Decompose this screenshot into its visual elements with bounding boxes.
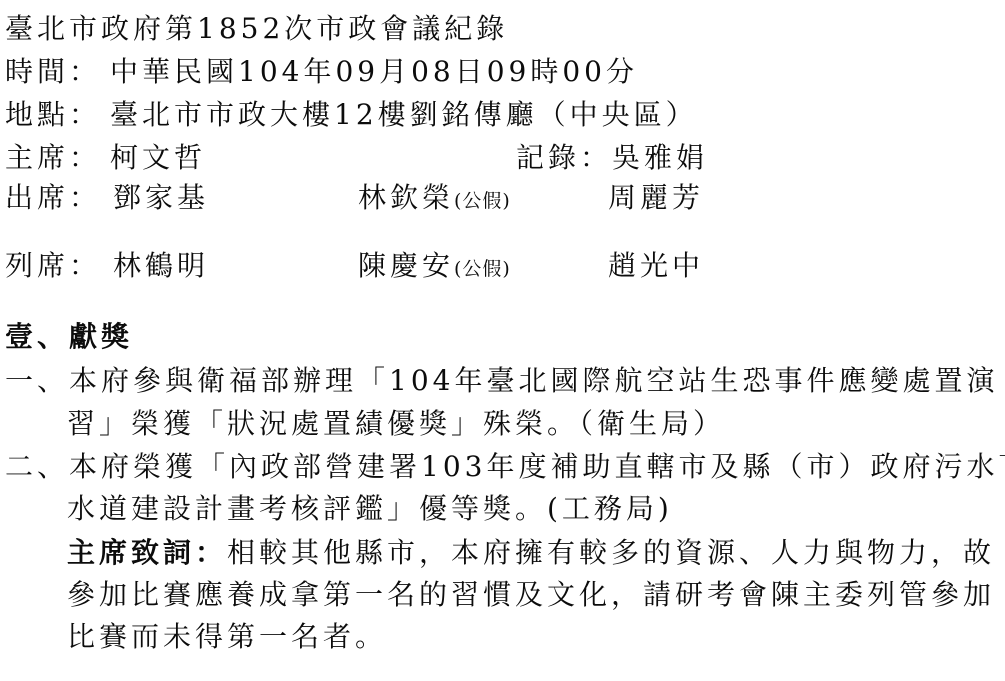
- attendees-label: 出席：: [5, 180, 101, 216]
- place-value: 臺北市市政大樓12樓劉銘傳廳（中央區）: [110, 97, 698, 133]
- document-title: 臺北市政府第1852次市政會議紀錄: [5, 11, 1005, 47]
- recorder-label: 記錄：: [516, 141, 612, 174]
- section-heading: 壹、獻獎: [5, 319, 1005, 355]
- observers-label: 列席：: [5, 248, 101, 284]
- award-item-2-line-1: 二、本府榮獲「內政部營建署103年度補助直轄市及縣（市）政府污水下: [5, 449, 1005, 485]
- meeting-minutes-document: 臺北市政府第1852次市政會議紀錄 時間： 中華民國104年09月08日09時0…: [0, 0, 1005, 681]
- award-item-1-line-1: 一、本府參與衛福部辦理「104年臺北國際航空站生恐事件應變處置演: [5, 363, 1005, 399]
- chair-remarks-line-3: 比賽而未得第一名者。: [67, 619, 1005, 655]
- attendee-name: 林欽榮: [358, 181, 454, 214]
- award-item-2-line-2: 水道建設計畫考核評鑑」優等獎。(工務局): [67, 491, 1005, 527]
- attendee-cell: 林欽榮(公假): [358, 180, 511, 219]
- chair-value: 柯文哲: [110, 140, 206, 176]
- recorder-group: 記錄：吳雅娟: [516, 140, 708, 176]
- observer-name: 趙光中: [608, 248, 704, 284]
- chair-remarks-line-1: 主席致詞：相較其他縣市，本府擁有較多的資源、人力與物力，故: [67, 535, 1005, 571]
- chair-remarks-text: 相較其他縣市，本府擁有較多的資源、人力與物力，故: [227, 536, 995, 569]
- time-value: 中華民國104年09月08日09時00分: [110, 54, 638, 90]
- place-label: 地點：: [5, 97, 101, 133]
- observer-cell: 陳慶安(公假): [358, 248, 511, 287]
- observer-note: (公假): [454, 258, 511, 280]
- observer-name: 林鶴明: [113, 248, 209, 284]
- observer-name: 陳慶安: [358, 249, 454, 282]
- attendee-note: (公假): [454, 190, 511, 212]
- award-item-1-line-2: 習」榮獲「狀況處置績優獎」殊榮。（衛生局）: [67, 406, 1005, 442]
- chair-remarks-label: 主席致詞：: [67, 536, 227, 569]
- chair-remarks-line-2: 參加比賽應養成拿第一名的習慣及文化，請研考會陳主委列管參加: [67, 577, 1005, 613]
- chair-label: 主席：: [5, 140, 101, 176]
- attendee-name: 周麗芳: [608, 180, 704, 216]
- recorder-value: 吳雅娟: [612, 141, 708, 174]
- time-label: 時間：: [5, 54, 101, 90]
- attendee-name: 鄧家基: [113, 180, 209, 216]
